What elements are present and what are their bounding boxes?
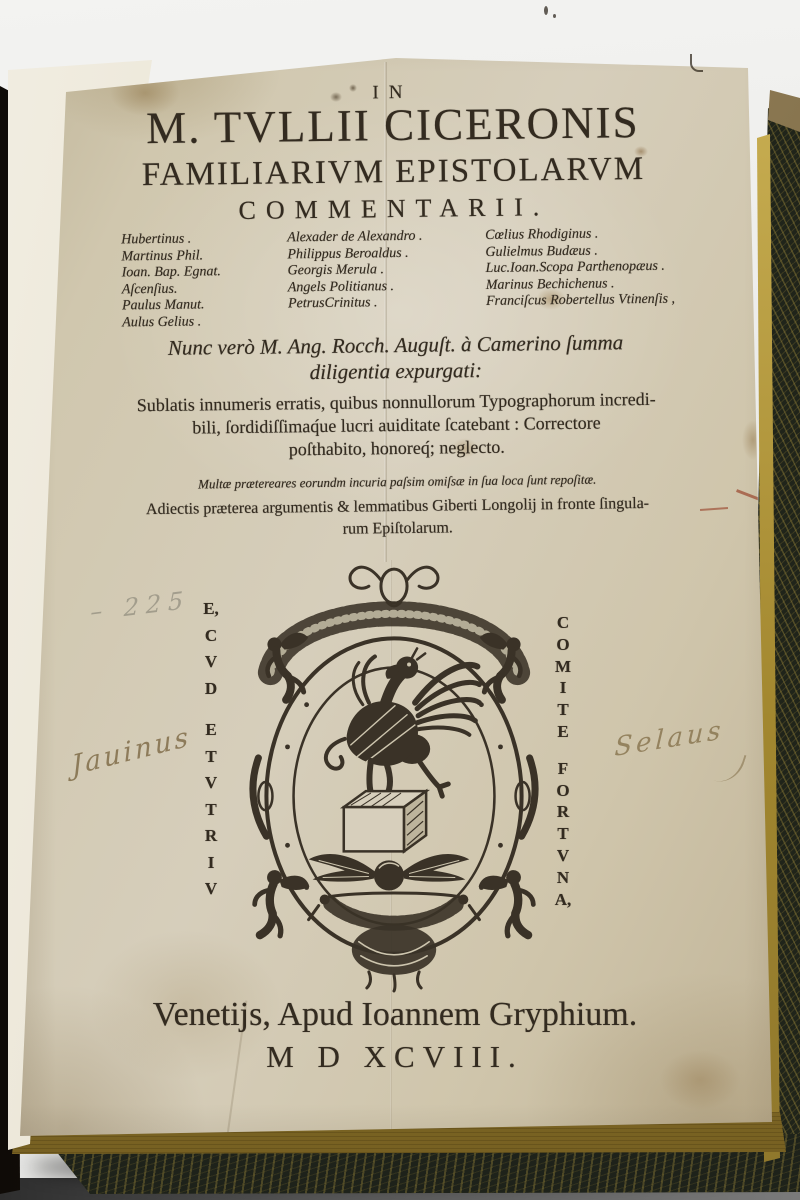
commentator-name: Alexader de Alexandro . [287, 229, 422, 247]
commentators-column-2: Alexader de Alexandro .Philippus Beroald… [287, 229, 423, 313]
commentators-column-3: Cœlius Rhodiginus .Gulielmus Budæus .Luc… [485, 226, 675, 311]
imprint-line: Venetijs, Apud Ioannem Gryphium. [0, 996, 790, 1034]
urn-mask-icon [350, 567, 438, 606]
page-tear-mark [690, 54, 703, 72]
printer-device-emblem [216, 552, 572, 994]
commentator-name: Angels Politianus . [288, 278, 423, 296]
commentator-name: Aulus Gelius . [122, 314, 221, 332]
commentator-name: Ioan. Bap. Egnat. [122, 264, 221, 282]
commentator-name: Hubertinus . [121, 231, 220, 249]
commentator-name: Martinus Phil. [121, 248, 220, 266]
commentator-name: Georgis Merula . [288, 262, 423, 280]
background-speck [553, 14, 556, 18]
commentator-name: Paulus Manut. [122, 297, 221, 315]
main-title-line-1: M. TVLLII CICERONIS [0, 94, 788, 156]
laurel-wreath [270, 614, 517, 673]
main-title-line-3: COMMENTARII. [0, 189, 789, 229]
multa-note: Multæ prætereares eorundm incuria paſsim… [2, 469, 792, 495]
cube-icon [344, 791, 426, 851]
griffin-icon [326, 648, 480, 796]
garland-swag [309, 893, 480, 991]
title-page: IN M. TVLLII CICERONIS FAMILIARIVM EPIST… [0, 0, 800, 1200]
commentator-name: Luc.Ioan.Scopa Parthenopæus . [486, 259, 675, 278]
background-speck [544, 6, 548, 15]
main-title-line-2: FAMILIARIVM EPISTOLARVM [0, 149, 789, 196]
photo-canvas: IN M. TVLLII CICERONIS FAMILIARIVM EPIST… [0, 0, 800, 1200]
commentator-name: Aſcenſius. [122, 281, 221, 299]
commentator-name: Franciſcus Robertellus Vtinenſis , [486, 292, 675, 311]
commentators-column-1: Hubertinus .Martinus Phil.Ioan. Bap. Egn… [121, 231, 221, 331]
imprint-date: M D XCVIII. [0, 1039, 790, 1075]
commentator-name: Philippus Beroaldus . [287, 245, 422, 263]
winged-globe-icon [309, 854, 470, 891]
commentator-name: PetrusCrinitus . [288, 295, 423, 313]
